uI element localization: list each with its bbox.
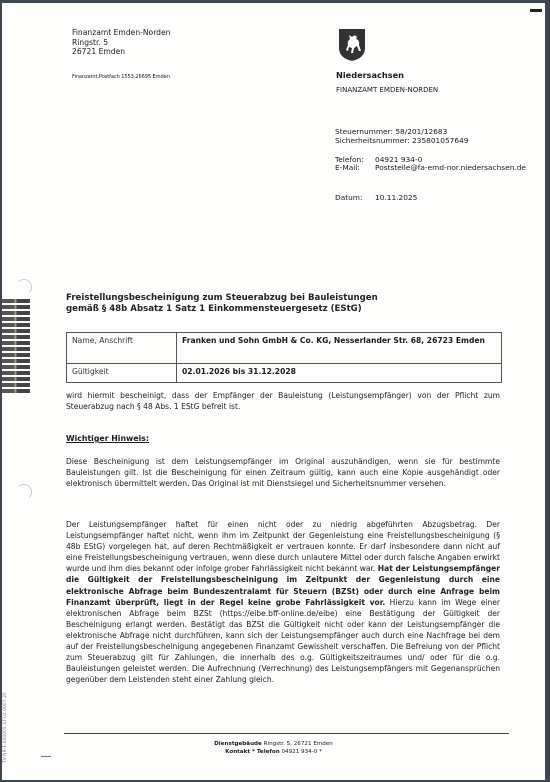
return-address: Finanzamt,Postfach 1553,26695 Emden [72,74,170,80]
footer-building-label: Dienstgebäude [214,741,262,747]
side-print-code: TV-NR-1-000005 ST-02 0007.20 [3,692,8,763]
date-label: Datum: [335,194,375,203]
title-line: gemäß § 48b Absatz 1 Satz 1 Einkommenste… [66,304,378,315]
print-mark [530,9,542,12]
punch-hole-mark [16,279,32,295]
footer-building-value: Ringstr. 5, 26721 Emden [264,741,333,747]
certificate-table: Name, Anschrift Franken und Sohn GmbH & … [66,332,502,383]
email-label: E-Mail: [335,164,375,173]
email-value: Poststelle@fa-emd-nor.niedersachsen.de [375,164,540,173]
security-number: Sicherheitsnummer: 235801057649 [335,137,540,146]
document-page: Finanzamt Emden-Norden Ringstr. 5 26721 … [2,3,545,780]
letterhead: Niedersachsen FINANZAMT EMDEN-NORDEN [336,28,438,94]
footer: Dienstgebäude Ringstr. 5, 26721 Emden Ko… [2,741,545,756]
date-value: 10.11.2025 [375,194,540,203]
table-value: 02.01.2026 bis 31.12.2028 [177,364,502,383]
table-row: Name, Anschrift Franken und Sohn GmbH & … [67,333,502,364]
important-notice-heading: Wichtiger Hinweis: [66,434,149,443]
table-value: Franken und Sohn GmbH & Co. KG, Nesserla… [177,333,502,364]
table-row: Gültigkeit 02.01.2026 bis 31.12.2028 [67,364,502,383]
office-name: FINANZAMT EMDEN-NORDEN [336,86,438,94]
reference-info: Steuernummer: 58/201/12683 Sicherheitsnu… [335,128,540,203]
state-name: Niedersachsen [336,70,438,80]
fold-mark [41,756,51,757]
footer-contact-value: 04921 934-0 * [281,749,321,755]
sender-line: Finanzamt Emden-Norden [72,28,171,38]
footer-divider [64,733,509,734]
sender-address: Finanzamt Emden-Norden Ringstr. 5 26721 … [72,28,171,57]
notice-paragraph: Diese Bescheinigung ist dem Leistungsemp… [66,456,500,489]
coat-of-arms-horse-icon [338,28,366,62]
footer-contact-label: Kontakt * Telefon [225,749,280,755]
sender-line: 26721 Emden [72,47,171,57]
side-barcode [2,299,30,409]
certification-paragraph: wird hiermit bescheinigt, dass der Empfä… [66,390,500,412]
title-line: Freistellungsbescheinigung zum Steuerabz… [66,293,378,304]
punch-hole-mark [16,484,32,500]
document-title: Freistellungsbescheinigung zum Steuerabz… [66,293,378,315]
table-label: Gültigkeit [67,364,177,383]
liability-text-continued: Hierzu kann im Wege einer elektronischen… [66,598,500,685]
sender-line: Ringstr. 5 [72,38,171,48]
liability-paragraph: Der Leistungsempfänger haftet für einen … [66,519,500,685]
table-label: Name, Anschrift [67,333,177,364]
